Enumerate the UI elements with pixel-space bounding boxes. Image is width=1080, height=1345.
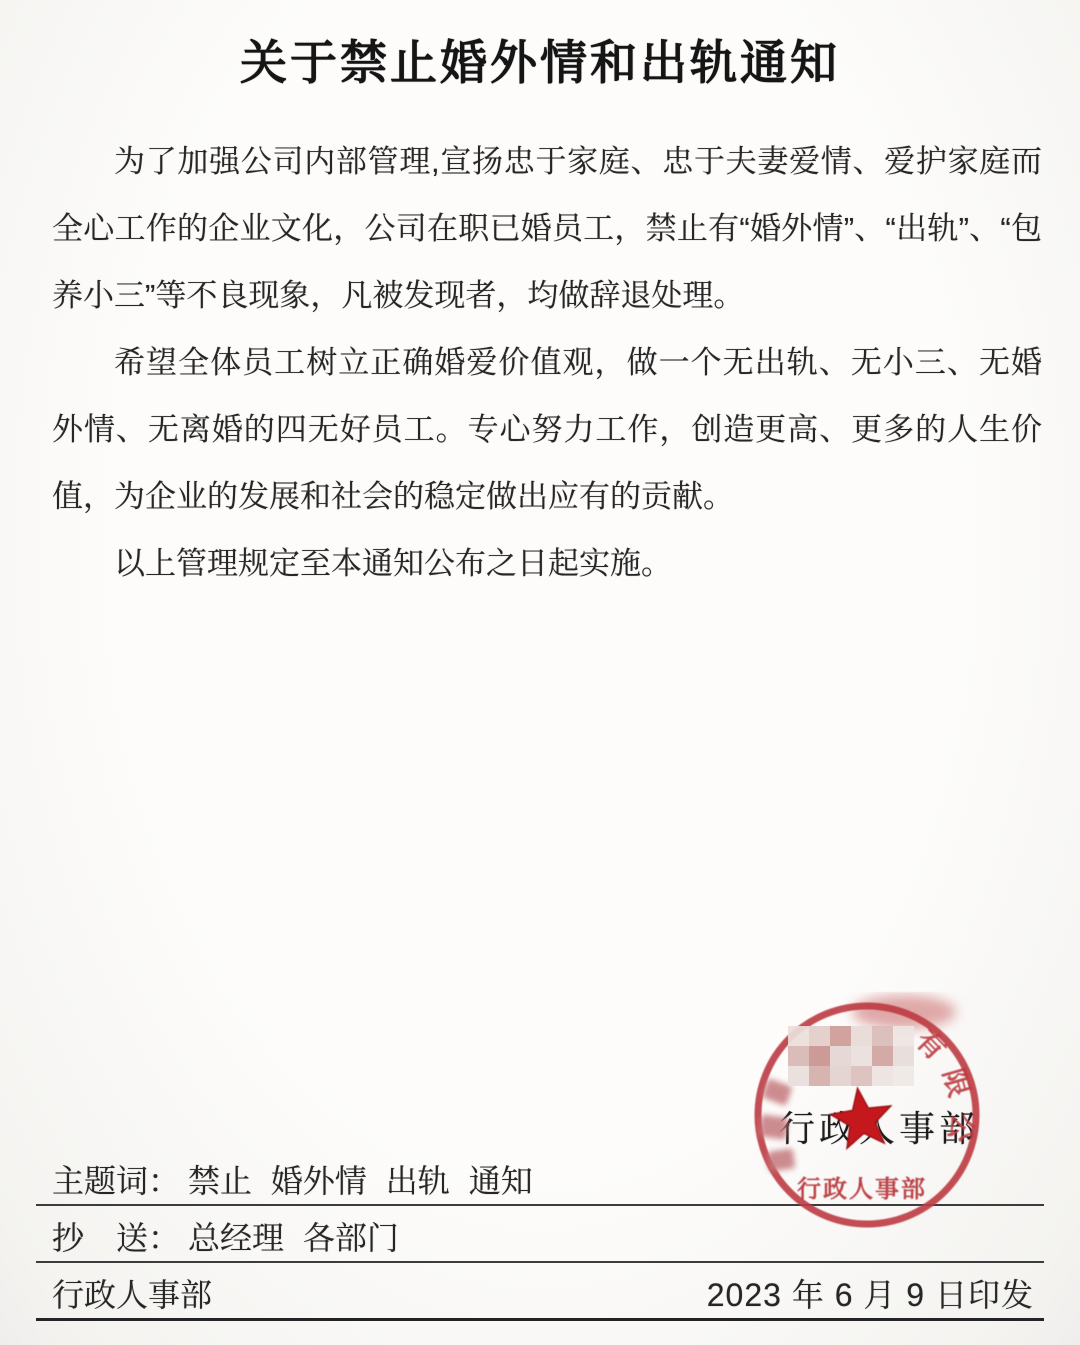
censor-mosaic-cell <box>809 1066 830 1086</box>
censor-mosaic-cell <box>788 1026 809 1046</box>
official-red-seal: 有限公司 行政人事部 <box>744 992 990 1238</box>
censor-mosaic-cell <box>893 1066 914 1086</box>
paragraph-2: 希望全体员工树立正确婚爱价值观，做一个无出轨、无小三、无婚外情、无离婚的四无好员… <box>52 329 1042 530</box>
censor-mosaic-cell <box>809 1026 830 1046</box>
censor-mosaic-cell <box>851 1026 872 1046</box>
censor-mosaic-cell <box>872 1046 893 1066</box>
seal-censor-mosaic <box>788 1026 914 1086</box>
issuer-name: 行政人事部 <box>52 1270 212 1316</box>
seal-star-icon <box>827 1084 895 1150</box>
censor-mosaic-cell <box>788 1066 809 1086</box>
subject-label: 主题词： <box>52 1156 180 1202</box>
censor-mosaic-cell <box>809 1046 830 1066</box>
subject-keywords: 禁止 婚外情 出轨 通知 <box>188 1156 533 1202</box>
censor-mosaic-cell <box>830 1066 851 1086</box>
censor-mosaic-cell <box>893 1046 914 1066</box>
issue-date: 2023 年 6 月 9 日印发 <box>707 1270 1034 1316</box>
cc-recipients: 总经理 各部门 <box>188 1213 399 1259</box>
censor-mosaic-cell <box>851 1066 872 1086</box>
paragraph-3: 以上管理规定至本通知公布之日起实施。 <box>52 530 1042 597</box>
censor-mosaic-cell <box>893 1026 914 1046</box>
issuer-row: 行政人事部 2023 年 6 月 9 日印发 <box>36 1263 1044 1321</box>
censor-mosaic-cell <box>872 1026 893 1046</box>
censor-mosaic-cell <box>851 1046 872 1066</box>
censor-mosaic-cell <box>872 1066 893 1086</box>
cc-label: 抄 送： <box>52 1213 180 1259</box>
censor-mosaic-cell <box>788 1046 809 1066</box>
page-title: 关于禁止婚外情和出轨通知 <box>0 0 1080 93</box>
seal-bottom-text: 行政人事部 <box>797 1175 927 1203</box>
censor-mosaic-cell <box>830 1046 851 1066</box>
censor-mosaic-cell <box>830 1026 851 1046</box>
notice-document-page: 关于禁止婚外情和出轨通知 为了加强公司内部管理,宣扬忠于家庭、忠于夫妻爱情、爱护… <box>0 0 1080 1345</box>
paragraph-1: 为了加强公司内部管理,宣扬忠于家庭、忠于夫妻爱情、爱护家庭而全心工作的企业文化，… <box>52 128 1042 329</box>
notice-body: 为了加强公司内部管理,宣扬忠于家庭、忠于夫妻爱情、爱护家庭而全心工作的企业文化，… <box>52 128 1042 597</box>
